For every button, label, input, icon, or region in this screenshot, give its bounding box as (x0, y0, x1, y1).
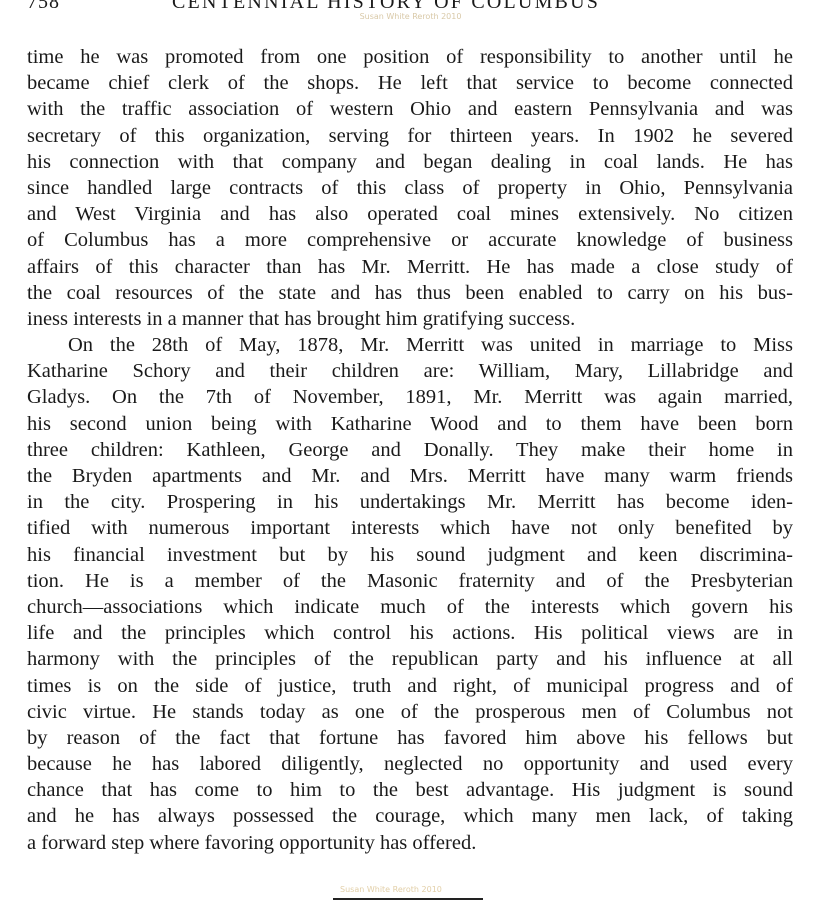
text-line: civic virtue. He stands today as one of … (27, 699, 793, 725)
page-footer: Susan White Reroth 2010 (333, 885, 483, 901)
text-line: life and the principles which control hi… (27, 620, 793, 646)
text-line: his second union being with Katharine Wo… (27, 411, 793, 437)
text-line: Katharine Schory and their children are:… (27, 358, 793, 384)
paragraph-1: time he was promoted from one position o… (27, 44, 793, 332)
text-line: time he was promoted from one position o… (27, 44, 793, 70)
text-line: the Bryden apartments and Mr. and Mrs. M… (27, 463, 793, 489)
text-line: church—associations which indicate much … (27, 594, 793, 620)
text-line: by reason of the fact that fortune has f… (27, 725, 793, 751)
text-line: with the traffic association of western … (27, 96, 793, 122)
text-line: tion. He is a member of the Masonic frat… (27, 568, 793, 594)
text-line: his financial investment but by his soun… (27, 542, 793, 568)
paragraph-2: On the 28th of May, 1878, Mr. Merritt wa… (27, 332, 793, 856)
text-line: secretary of this organization, serving … (27, 123, 793, 149)
text-line: a forward step where favoring opportunit… (27, 830, 793, 856)
text-line: Gladys. On the 7th of November, 1891, Mr… (27, 384, 793, 410)
text-line: because he has labored diligently, negle… (27, 751, 793, 777)
text-line: and West Virginia and has also operated … (27, 201, 793, 227)
text-line: since handled large contracts of this cl… (27, 175, 793, 201)
text-line: tified with numerous important interests… (27, 515, 793, 541)
text-line: his connection with that company and beg… (27, 149, 793, 175)
watermark-bottom: Susan White Reroth 2010 (340, 885, 442, 894)
text-line: the coal resources of the state and has … (27, 280, 793, 306)
text-line: On the 28th of May, 1878, Mr. Merritt wa… (27, 332, 793, 358)
footer-rule (333, 898, 483, 900)
text-line: and he has always possessed the courage,… (27, 803, 793, 829)
text-line: affairs of this character than has Mr. M… (27, 254, 793, 280)
text-line: of Columbus has a more comprehensive or … (27, 227, 793, 253)
text-line: in the city. Prospering in his undertaki… (27, 489, 793, 515)
text-line: three children: Kathleen, George and Don… (27, 437, 793, 463)
body-text: time he was promoted from one position o… (27, 44, 793, 856)
text-line: times is on the side of justice, truth a… (27, 673, 793, 699)
text-line: chance that has come to him to the best … (27, 777, 793, 803)
text-line: harmony with the principles of the repub… (27, 646, 793, 672)
text-line: iness interests in a manner that has bro… (27, 306, 793, 332)
text-line: became chief clerk of the shops. He left… (27, 70, 793, 96)
watermark-top: Susan White Reroth 2010 (0, 12, 821, 21)
